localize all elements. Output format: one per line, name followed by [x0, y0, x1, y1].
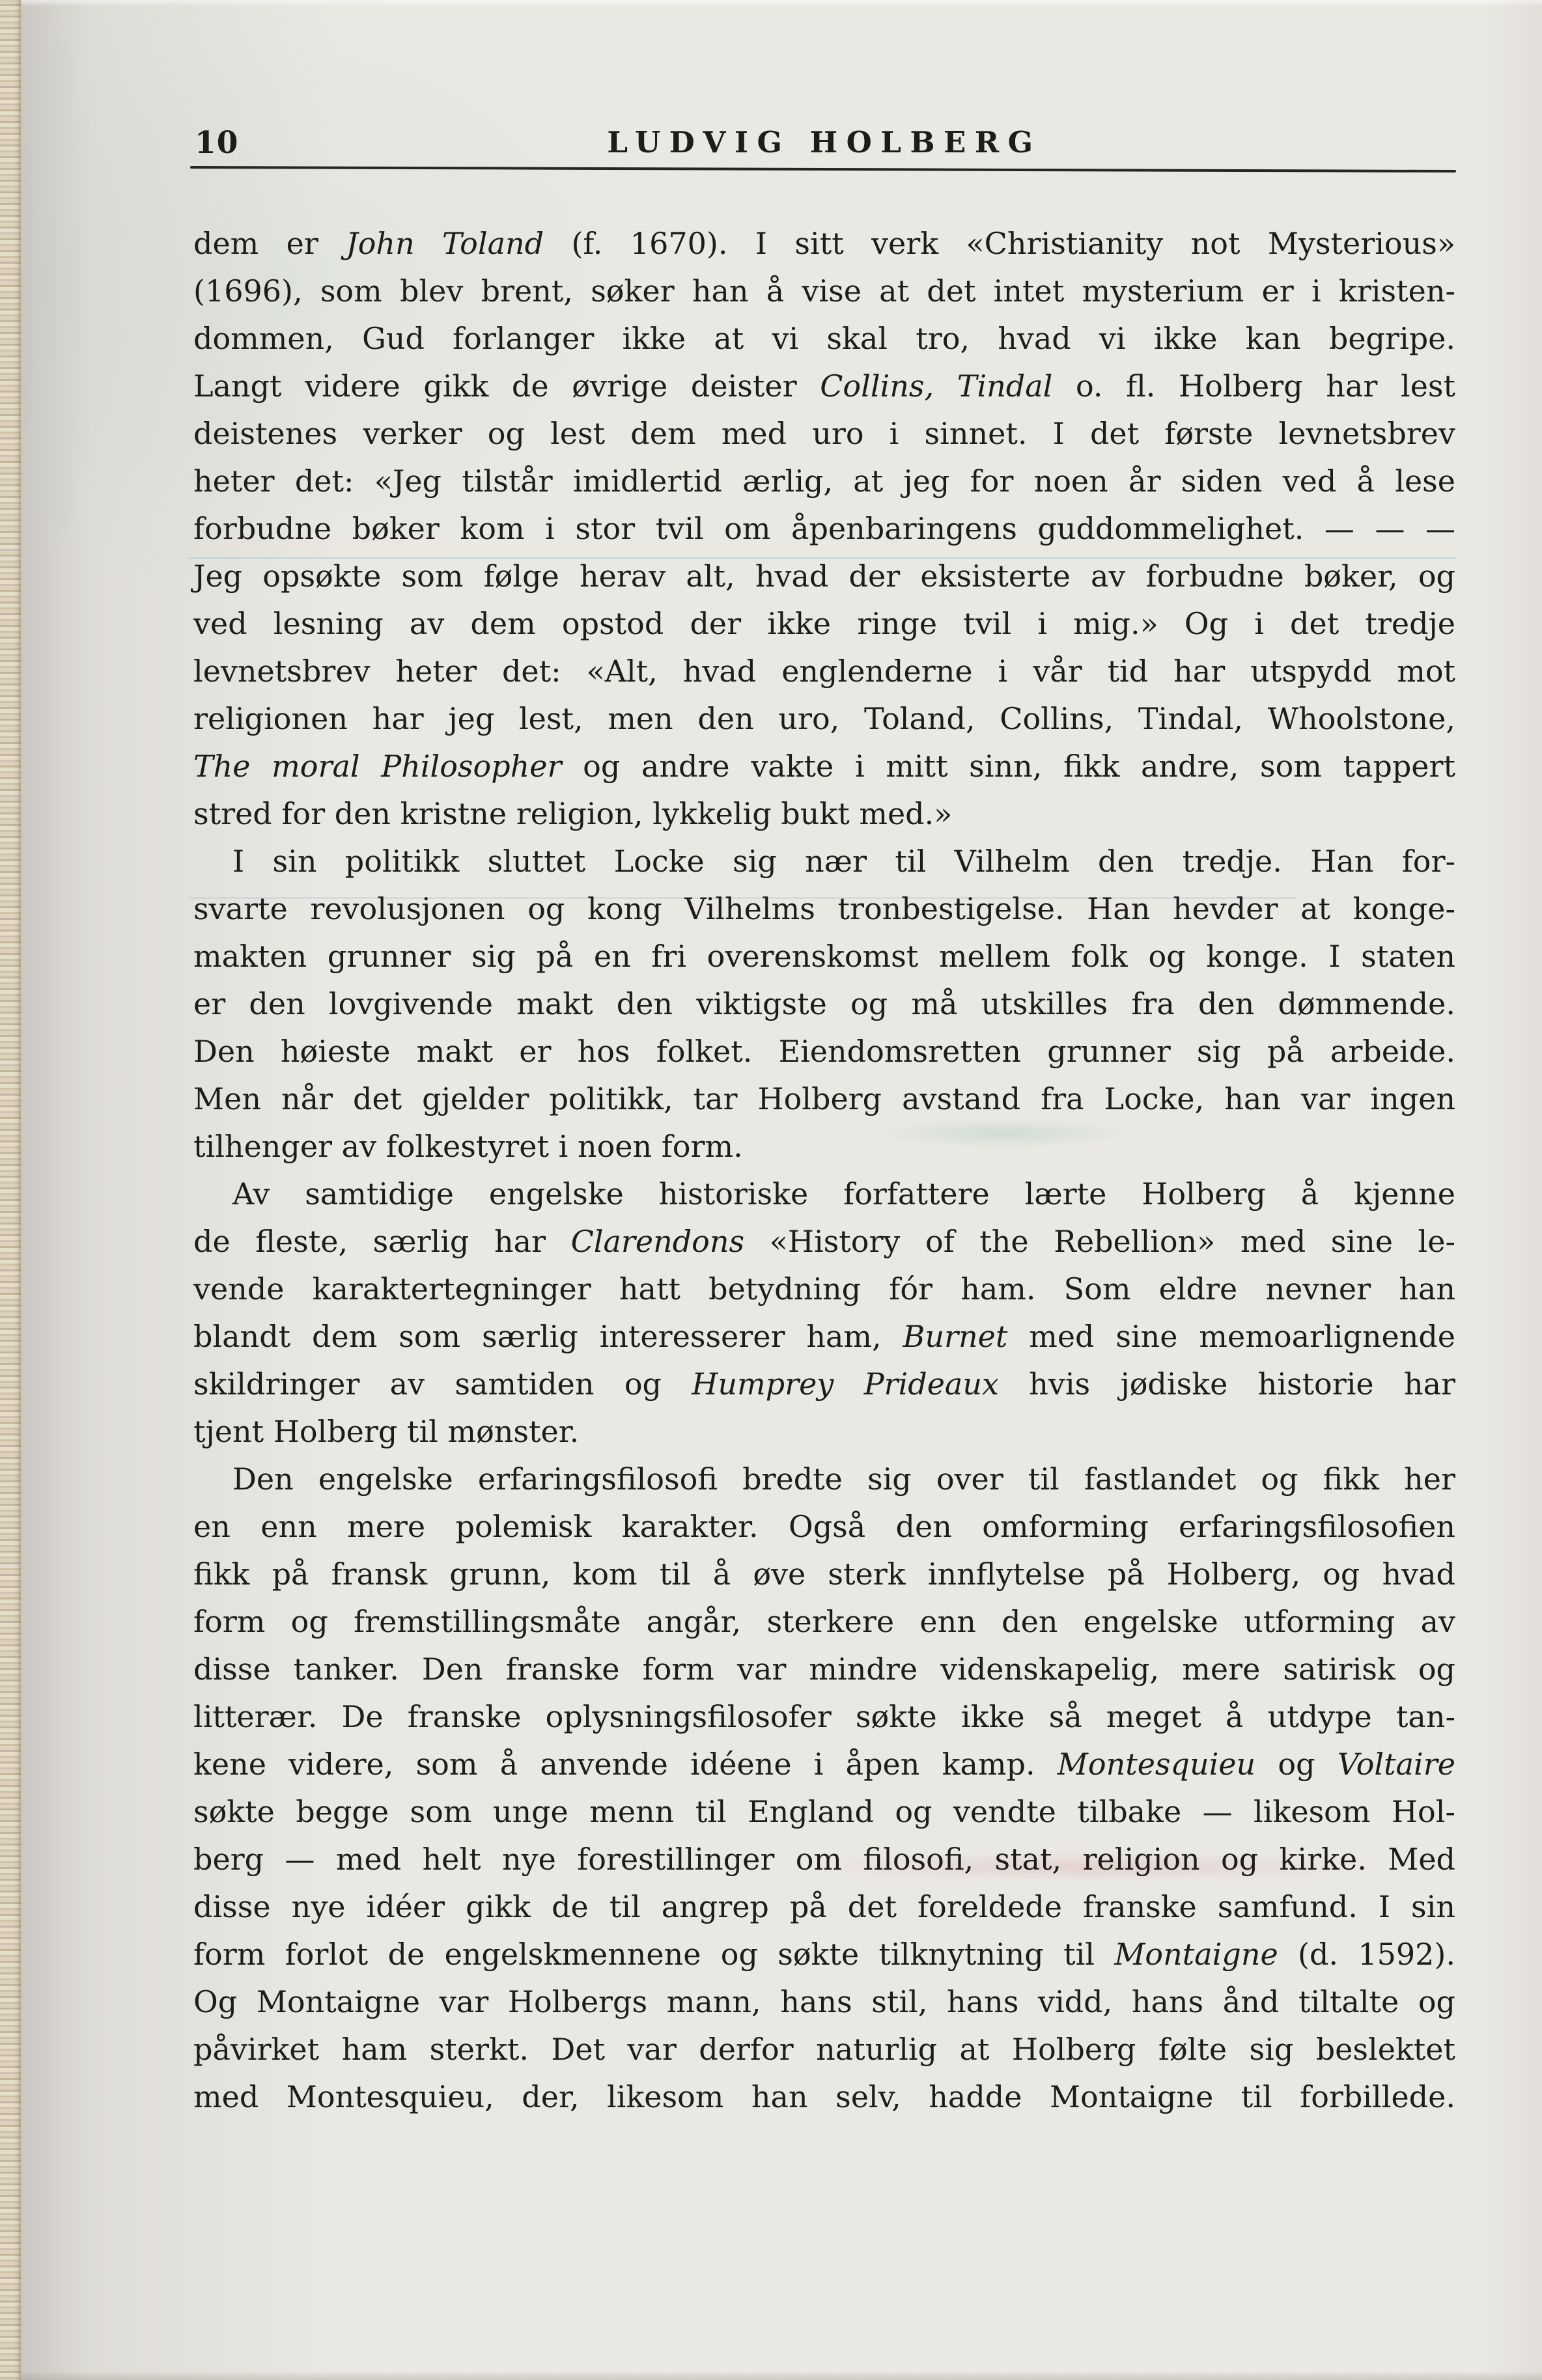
text-line: form forlot de engelskmennene og søkte t… [193, 1931, 1455, 1978]
book-page-edges [0, 0, 21, 2380]
text-line: tilhenger av folkestyret i noen form. [193, 1123, 1455, 1170]
text-line: blandt dem som særlig interesserer ham, … [193, 1313, 1455, 1361]
text-line: litterær. De franske oplysningsfilosofer… [193, 1693, 1455, 1741]
scanned-book-page: { "theme": { "paper": "#eae8e3", "ink": … [0, 0, 1542, 2380]
text-line: Men når det gjelder politikk, tar Holber… [193, 1075, 1455, 1123]
text-line: de fleste, særlig har Clarendons «Histor… [193, 1218, 1455, 1266]
text-line: I sin politikk sluttet Locke sig nær til… [193, 838, 1455, 885]
text-line: deistenes verker og lest dem med uro i s… [193, 410, 1455, 458]
text-line: påvirket ham sterkt. Det var derfor natu… [193, 2026, 1455, 2073]
text-line: Og Montaigne var Holbergs mann, hans sti… [193, 1978, 1455, 2026]
text-line: Den høieste makt er hos folket. Eiendoms… [193, 1028, 1455, 1075]
text-line: en enn mere polemisk karakter. Også den … [193, 1503, 1455, 1551]
text-line: forbudne bøker kom i stor tvil om åpenba… [193, 505, 1455, 553]
text-line: levnetsbrev heter det: «Alt, hvad englen… [193, 648, 1455, 695]
text-line: stred for den kristne religion, lykkelig… [193, 790, 1455, 838]
text-line: tjent Holberg til mønster. [193, 1408, 1455, 1456]
text-line: The moral Philosopher og andre vakte i m… [193, 743, 1455, 790]
text-block: dem er John Toland (f. 1670). I sitt ver… [193, 220, 1455, 2121]
text-line: med Montesquieu, der, likesom han selv, … [193, 2073, 1455, 2121]
text-line: kene videre, som å anvende idéene i åpen… [193, 1741, 1455, 1788]
text-line: disse nye idéer gikk de til angrep på de… [193, 1883, 1455, 1931]
text-line: søkte begge som unge menn til England og… [193, 1788, 1455, 1836]
text-line: Av samtidige engelske historiske forfatt… [193, 1170, 1455, 1218]
text-line: berg — med helt nye forestillinger om fi… [193, 1836, 1455, 1883]
text-line: svarte revolusjonen og kong Vilhelms tro… [193, 885, 1455, 933]
text-line: fikk på fransk grunn, kom til å øve ster… [193, 1551, 1455, 1598]
text-line: vende karaktertegninger hatt betydning f… [193, 1266, 1455, 1313]
text-line: Langt videre gikk de øvrige deister Coll… [193, 363, 1455, 410]
text-line: ved lesning av dem opstod der ikke ringe… [193, 600, 1455, 648]
page-header: 10 LUDVIG HOLBERG [193, 125, 1455, 160]
text-line: dommen, Gud forlanger ikke at vi skal tr… [193, 315, 1455, 363]
text-line: heter det: «Jeg tilstår imidlertid ærlig… [193, 458, 1455, 505]
text-line: disse tanker. Den franske form var mindr… [193, 1646, 1455, 1693]
text-line: religionen har jeg lest, men den uro, To… [193, 695, 1455, 743]
text-line: Jeg opsøkte som følge herav alt, hvad de… [193, 553, 1455, 600]
text-line: Den engelske erfaringsfilosofi bredte si… [193, 1456, 1455, 1503]
text-line: skildringer av samtiden og Humprey Pride… [193, 1361, 1455, 1408]
running-title: LUDVIG HOLBERG [193, 125, 1455, 159]
text-line: dem er John Toland (f. 1670). I sitt ver… [193, 220, 1455, 268]
text-line: makten grunner sig på en fri overenskoms… [193, 933, 1455, 980]
text-line: er den lovgivende makt den viktigste og … [193, 980, 1455, 1028]
text-line: form og fremstillingsmåte angår, sterker… [193, 1598, 1455, 1646]
text-line: (1696), som blev brent, søker han å vise… [193, 268, 1455, 315]
